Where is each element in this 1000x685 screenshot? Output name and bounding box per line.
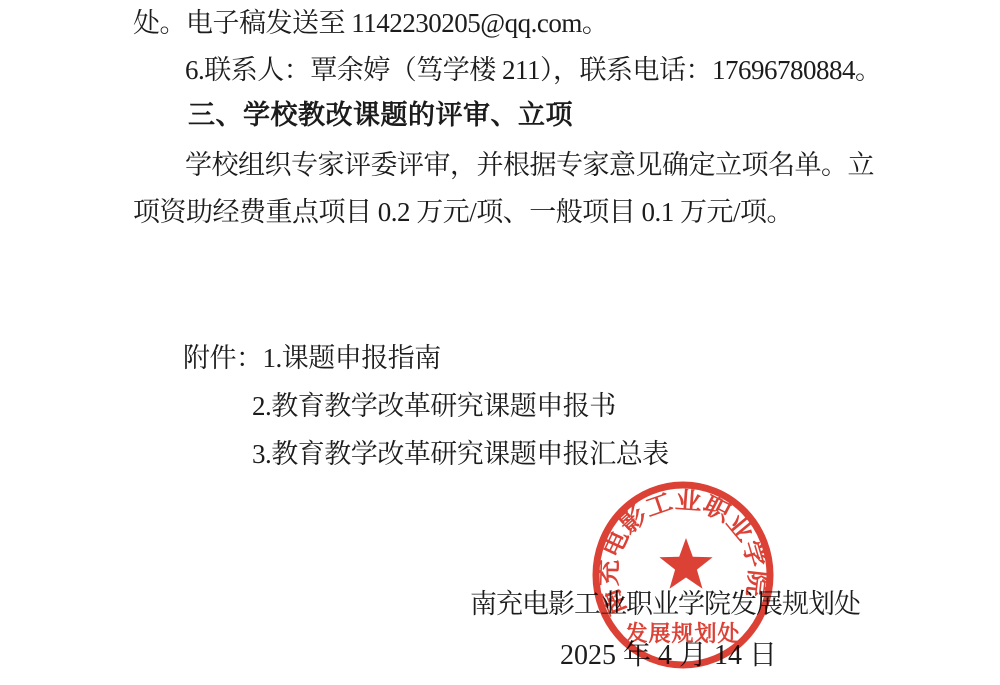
section-heading: 三、学校教改课题的评审、立项 — [188, 100, 573, 131]
attachment-item-2: 2.教育教学改革研究课题申报书 — [252, 391, 616, 422]
body-line-funding: 项资助经费重点项目 0.2 万元/项、一般项目 0.1 万元/项。 — [133, 197, 793, 228]
body-line-review: 学校组织专家评委评审，并根据专家意见确定立项名单。立 — [185, 150, 874, 181]
document-page: 处。电子稿发送至 1142230205@qq.com。 6.联系人：覃余婷（笃学… — [0, 0, 1000, 685]
contact-line: 6.联系人：覃余婷（笃学楼 211），联系电话：17696780884。 — [185, 55, 882, 86]
seal-bottom-text: 发展规划处 — [625, 621, 740, 646]
attachment-item-3: 3.教育教学改革研究课题申报汇总表 — [252, 439, 669, 470]
seal-star-icon — [659, 538, 712, 589]
official-seal: 南充电影工业职业学院 发展规划处 — [583, 472, 787, 682]
attachment-item-1: 附件：1.课题申报指南 — [183, 343, 441, 374]
body-line-continuation: 处。电子稿发送至 1142230205@qq.com。 — [133, 8, 608, 39]
